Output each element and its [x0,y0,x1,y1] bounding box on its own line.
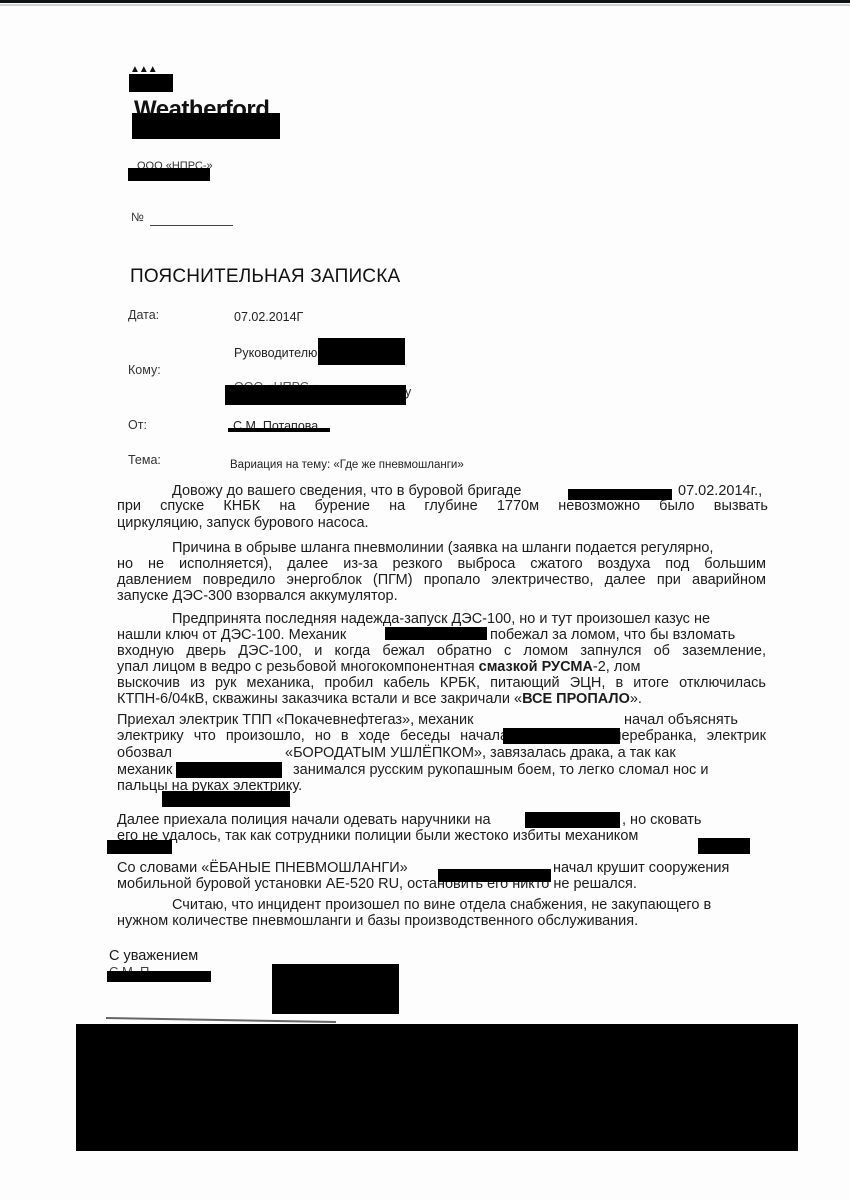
body-line: Далее приехала полиция начали одевать на… [117,812,491,828]
body-line-text: упал лицом в ведро с резьбовой многокомп… [117,659,475,675]
body-line-tail: «БОРОДАТЫМ УШЛЁПКОМ», завязалась драка, … [285,745,676,761]
redaction-strike-from [228,428,330,432]
body-line-text: запуске ДЭС-300 взорвался аккумулятор. [117,588,398,604]
body-line-text: электрику что произошло, но в ходе бесед… [117,728,766,744]
redacted-signature [272,964,399,1014]
body-line: Приехал электрик ТПП «Покачевнефтегаз», … [117,712,473,728]
body-line: Причина в обрыве шланга пневмолинии (зая… [172,540,713,556]
body-line: обозвал [117,745,172,761]
body-line: Довожу до вашего сведения, что в буровой… [172,483,521,499]
body-line-text: нужном количестве пневмошланги и базы пр… [117,913,638,929]
body-line: выскочив из рук механика, пробил кабель … [117,675,766,691]
body-line-tail: ». [630,691,642,707]
closing-text: С уважением [109,948,198,964]
body-line: электрику что произошло, но в ходе бесед… [117,728,766,744]
number-label: № [131,210,144,224]
body-line: при спуске КНБК на бурение на глубине 17… [117,498,768,514]
redacted-sub-org [128,168,210,181]
body-line-tail: начал объяснять [624,712,738,728]
body-line-text: Предпринята последняя надежда-запуск ДЭС… [172,611,710,627]
to-value-line1: Руководителю [234,346,317,360]
body-line-text: но не исполняется), далее из-за резкого … [117,556,766,572]
body-line-text: входную дверь ДЭС-100, и когда бежал обр… [117,643,766,659]
body-line-tail: начал крушит сооружения [553,860,729,876]
body-line-text: механик [117,762,172,778]
body-line-text: давлением повредило энергоблок (ПГМ) про… [117,572,766,588]
body-line: Предпринята последняя надежда-запуск ДЭС… [172,611,710,627]
redacted-recipient-org [225,385,406,405]
document-title: ПОЯСНИТЕЛЬНАЯ ЗАПИСКА [130,266,400,288]
body-line-text: Со словами «ЁБАНЫЕ ПНЕВМОШЛАНГИ» [117,860,408,876]
body-line-text: обозвал [117,745,172,761]
redacted-company-name [132,113,280,139]
body-line: запуске ДЭС-300 взорвался аккумулятор. [117,588,398,604]
body-line-tail: , но сковать [622,812,701,828]
subject-label: Тема: [128,453,161,467]
body-line-text: Довожу до вашего сведения, что в буровой… [172,483,521,499]
body-line: механик [117,762,172,778]
redacted-name-8 [438,869,551,882]
subject-value: Вариация на тему: «Где же пневмошланги» [230,459,464,471]
number-field-line [150,225,233,226]
body-line-tail: -2, лом [593,659,641,675]
body-line-text: Считаю, что инцидент произошел по вине о… [172,897,711,913]
body-line-text: КТПН-6/04кВ, скважины заказчика встали и… [117,691,522,707]
body-line-bold: ВСЕ ПРОПАЛО [522,691,630,707]
body-line: Считаю, что инцидент произошел по вине о… [172,897,711,913]
body-line: Со словами «ЁБАНЫЕ ПНЕВМОШЛАНГИ» [117,860,408,876]
body-line: входную дверь ДЭС-100, и когда бежал обр… [117,643,766,659]
body-line: упал лицом в ведро с резьбовой многокомп… [117,659,641,675]
redacted-recipient [318,338,405,365]
body-line-text: циркуляцию, запуск бурового насоса. [117,515,369,531]
scan-top-border [0,0,850,3]
body-line-tail: занимался русским рукопашным боем, то ле… [293,762,708,778]
body-line: циркуляцию, запуск бурового насоса. [117,515,369,531]
redacted-mechanic-name-2 [503,728,620,744]
redacted-mechanic-name-1 [385,627,487,640]
body-line-text: Приехал электрик ТПП «Покачевнефтегаз», … [117,712,473,728]
logo-mark-peaks: ▲▲▲ [130,64,157,75]
redacted-brigade-name [568,489,672,500]
body-line: но не исполняется), далее из-за резкого … [117,556,766,572]
redacted-signer-name [107,971,211,982]
body-line-text: мобильной буровой установки АЕ-520 RU, о… [117,876,637,892]
signature-line [106,1017,336,1023]
redacted-name-7 [698,838,750,854]
body-line: мобильной буровой установки АЕ-520 RU, о… [117,876,637,892]
redacted-name-5 [525,812,620,828]
redacted-name-4 [162,791,290,807]
to-label: Кому: [128,363,161,377]
redacted-logo-mark [129,74,173,92]
redacted-name-3 [176,762,282,778]
body-line: его не удалось, так как сотрудники полиц… [117,828,638,844]
redacted-footer-block [76,1024,798,1151]
body-line-bold: смазкой РУСМА [479,659,593,675]
body-line: КТПН-6/04кВ, скважины заказчика встали и… [117,691,642,707]
body-line-text: Причина в обрыве шланга пневмолинии (зая… [172,540,713,556]
redacted-name-6 [107,840,172,854]
body-line-tail: 07.02.2014г., [678,483,762,499]
body-line: нашли ключ от ДЭС-100. Механик [117,627,346,643]
body-line-text: выскочив из рук механика, пробил кабель … [117,675,766,691]
body-line-text: его не удалось, так как сотрудники полиц… [117,828,638,844]
to-value-line2-tail: у [405,385,411,399]
body-line: нужном количестве пневмошланги и базы пр… [117,913,638,929]
body-line-text: Далее приехала полиция начали одевать на… [117,812,491,828]
date-label: Дата: [128,308,159,322]
body-line-text: нашли ключ от ДЭС-100. Механик [117,627,346,643]
body-line-text: при спуске КНБК на бурение на глубине 17… [117,498,768,514]
from-label: От: [128,418,147,432]
body-line-tail: побежал за ломом, что бы взломать [490,627,735,643]
date-value: 07.02.2014Г [234,310,303,324]
body-line: давлением повредило энергоблок (ПГМ) про… [117,572,766,588]
scan-top-border-shadow [0,4,850,6]
